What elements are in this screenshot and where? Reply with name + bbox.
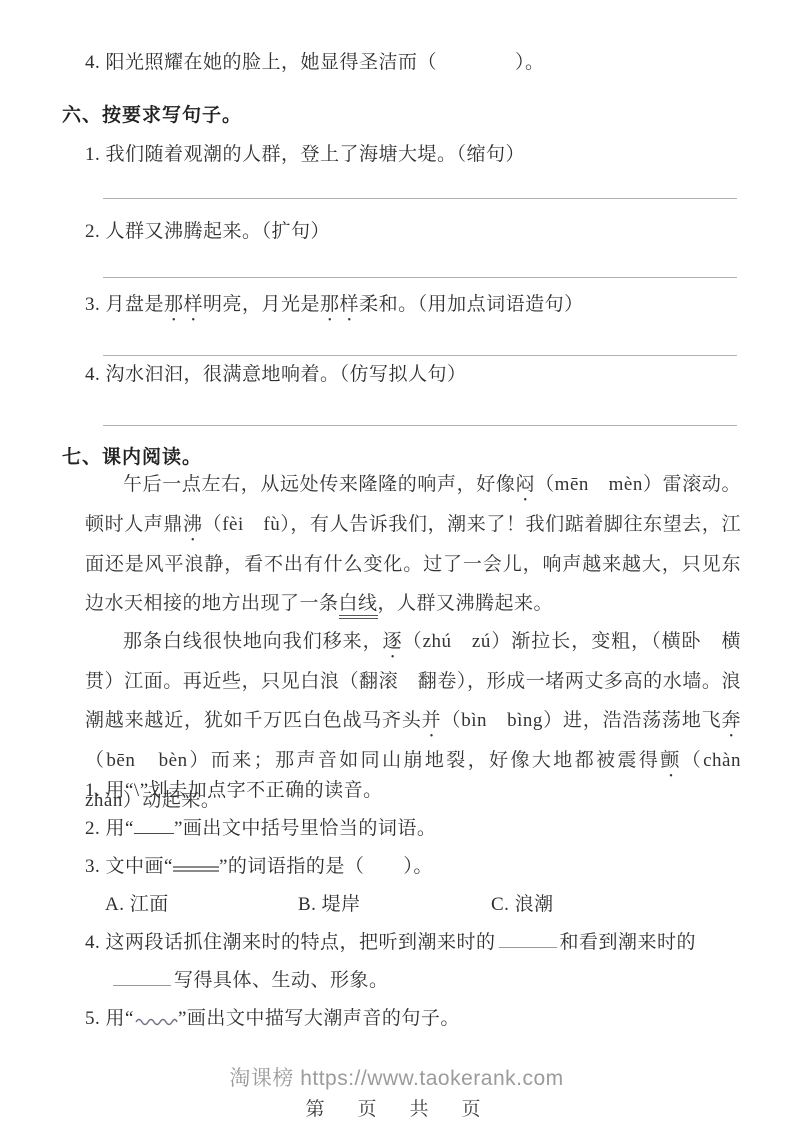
question-text: 4. 这两段话抓住潮来时的特点，把听到潮来时的: [85, 932, 496, 953]
exercise-item-2: 2. 人群又沸腾起来。（扩句）: [85, 219, 330, 245]
answer-line-2: [103, 277, 737, 278]
question-3: 3. 文中画“”的词语指的是（ ）。: [85, 848, 747, 886]
passage-text: ，人群又沸腾起来。: [378, 593, 554, 614]
dotted-char: 逐: [383, 631, 403, 652]
question-5: 5. 用“”画出文中描写大潮声音的句子。: [85, 1000, 747, 1040]
option-b: B. 堤岸: [298, 886, 491, 924]
answer-line-1: [103, 198, 737, 199]
reading-questions: 1. 用“\”划去加点字不正确的读音。 2. 用“”画出文中括号里恰当的词语。 …: [85, 772, 747, 1040]
question-text: 2. 用“: [85, 818, 134, 839]
exercise-item-3: 3. 月盘是那样明亮，月光是那样柔和。（用加点词语造句）: [85, 292, 584, 326]
question-text: 5. 用“: [85, 1008, 134, 1029]
option-a: A. 江面: [105, 886, 298, 924]
section-heading-7: 七、课内阅读。: [62, 442, 202, 469]
watermark-url: 淘课榜 https://www.taokerank.com: [0, 1062, 793, 1092]
question-text: 和看到潮来时的: [560, 932, 697, 953]
passage-text: 那条白线很快地向我们移来，: [123, 631, 383, 652]
question-text: ”画出文中括号里恰当的词语。: [174, 818, 436, 839]
answer-line-3: [103, 355, 737, 356]
passage-text: 午后一点左右，从远处传来隆隆的响声，好像: [123, 474, 515, 495]
fill-blank-item-4: 4. 阳光照耀在她的脸上，她显得圣洁而（ ）。: [85, 50, 545, 76]
item3-text: 3. 月盘是: [85, 294, 164, 315]
dotted-char: 颤: [660, 750, 681, 771]
dotted-word: 那样: [164, 294, 203, 315]
question-2: 2. 用“”画出文中括号里恰当的词语。: [85, 810, 747, 848]
question-text: 3. 文中画“: [85, 856, 173, 877]
item3-text: 明亮，月光是: [203, 294, 320, 315]
underline-mark: [134, 820, 174, 834]
option-c: C. 浪潮: [491, 886, 684, 924]
answer-line-4: [103, 425, 737, 426]
fill-blank: [499, 934, 557, 948]
question-text: ”画出文中描写大潮声音的句子。: [178, 1008, 460, 1029]
exercise-item-4: 4. 沟水汩汩，很满意地响着。（仿写拟人句）: [85, 362, 467, 388]
fill-blank: [113, 972, 171, 986]
dotted-char: 沸: [183, 514, 203, 535]
item3-text: 柔和。（用加点词语造句）: [359, 294, 584, 315]
question-text: ”的词语指的是（ ）。: [219, 856, 433, 877]
double-underlined-word: 白线: [339, 593, 378, 619]
question-4: 4. 这两段话抓住潮来时的特点，把听到潮来时的和看到潮来时的写得具体、生动、形象…: [85, 924, 747, 1000]
passage-paragraph-1: 午后一点左右，从远处传来隆隆的响声，好像闷（mēn mèn）雷滚动。顿时人声鼎沸…: [85, 466, 741, 623]
double-underline-mark: [173, 856, 219, 872]
question-3-options: A. 江面 B. 堤岸 C. 浪潮: [105, 886, 747, 924]
exercise-item-1: 1. 我们随着观潮的人群，登上了海塘大堤。（缩句）: [85, 142, 525, 168]
question-1: 1. 用“\”划去加点字不正确的读音。: [85, 772, 747, 810]
dotted-word: 那样: [320, 294, 359, 315]
passage-text: （bìn bìng）进，浩浩荡荡地飞: [441, 710, 721, 731]
dotted-char: 闷: [515, 474, 535, 495]
dotted-char: 奔: [721, 710, 741, 731]
section-heading-6: 六、按要求写句子。: [62, 100, 242, 127]
wavy-underline-mark: [134, 1010, 178, 1031]
dotted-char: 并: [422, 710, 442, 731]
page-number-label: 第 页 共 页: [0, 1094, 793, 1121]
passage-text: （bēn bèn）而来；那声音如同山崩地裂，好像大地都被震得: [85, 750, 660, 771]
reading-passage: 午后一点左右，从远处传来隆隆的响声，好像闷（mēn mèn）雷滚动。顿时人声鼎沸…: [85, 466, 741, 820]
question-text: 写得具体、生动、形象。: [174, 970, 389, 991]
worksheet-page: 4. 阳光照耀在她的脸上，她显得圣洁而（ ）。 六、按要求写句子。 1. 我们随…: [0, 0, 793, 1122]
